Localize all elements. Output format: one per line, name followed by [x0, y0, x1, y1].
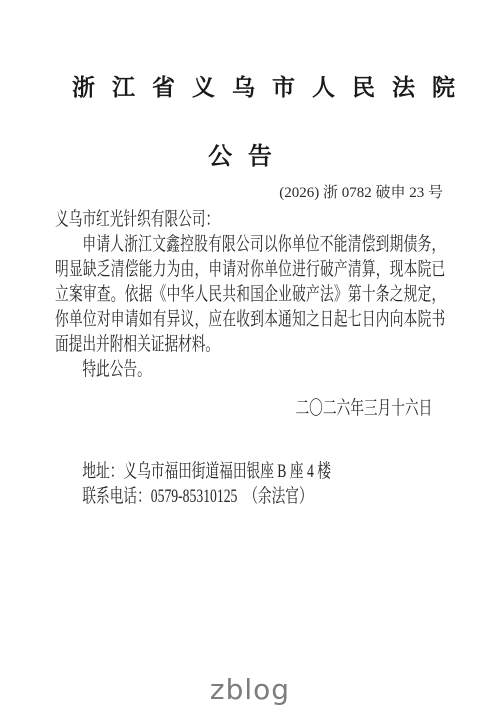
court-name-title: 浙江省义乌市人民法院	[55, 76, 445, 99]
contact-phone: 联系电话：0579-85310125 （余法官）	[82, 484, 445, 509]
body-paragraph: 申请人浙江文鑫控股有限公司以你单位不能清偿到期债务，明显缺乏清偿能力为由，申请对…	[55, 232, 445, 357]
notice-body: 义乌市红光针织有限公司： 申请人浙江文鑫控股有限公司以你单位不能清偿到期债务，明…	[55, 207, 445, 509]
recipient-line: 义乌市红光针织有限公司：	[55, 207, 445, 232]
contact-info: 地址：义乌市福田街道福田银座 B 座 4 楼 联系电话：0579-8531012…	[55, 459, 445, 509]
zblog-watermark: zblog	[0, 673, 500, 707]
closing-line: 特此公告。	[55, 357, 445, 382]
issue-date: 二〇二六年三月十六日	[55, 396, 445, 421]
court-notice: 浙江省义乌市人民法院 公 告 (2026) 浙 0782 破申 23 号 义乌市…	[0, 76, 500, 509]
notice-document-page: { "page": { "background": "#ffffff", "te…	[0, 0, 500, 707]
notice-title: 公 告	[55, 145, 425, 169]
contact-address: 地址：义乌市福田街道福田银座 B 座 4 楼	[82, 459, 445, 484]
case-number: (2026) 浙 0782 破申 23 号	[55, 183, 445, 203]
